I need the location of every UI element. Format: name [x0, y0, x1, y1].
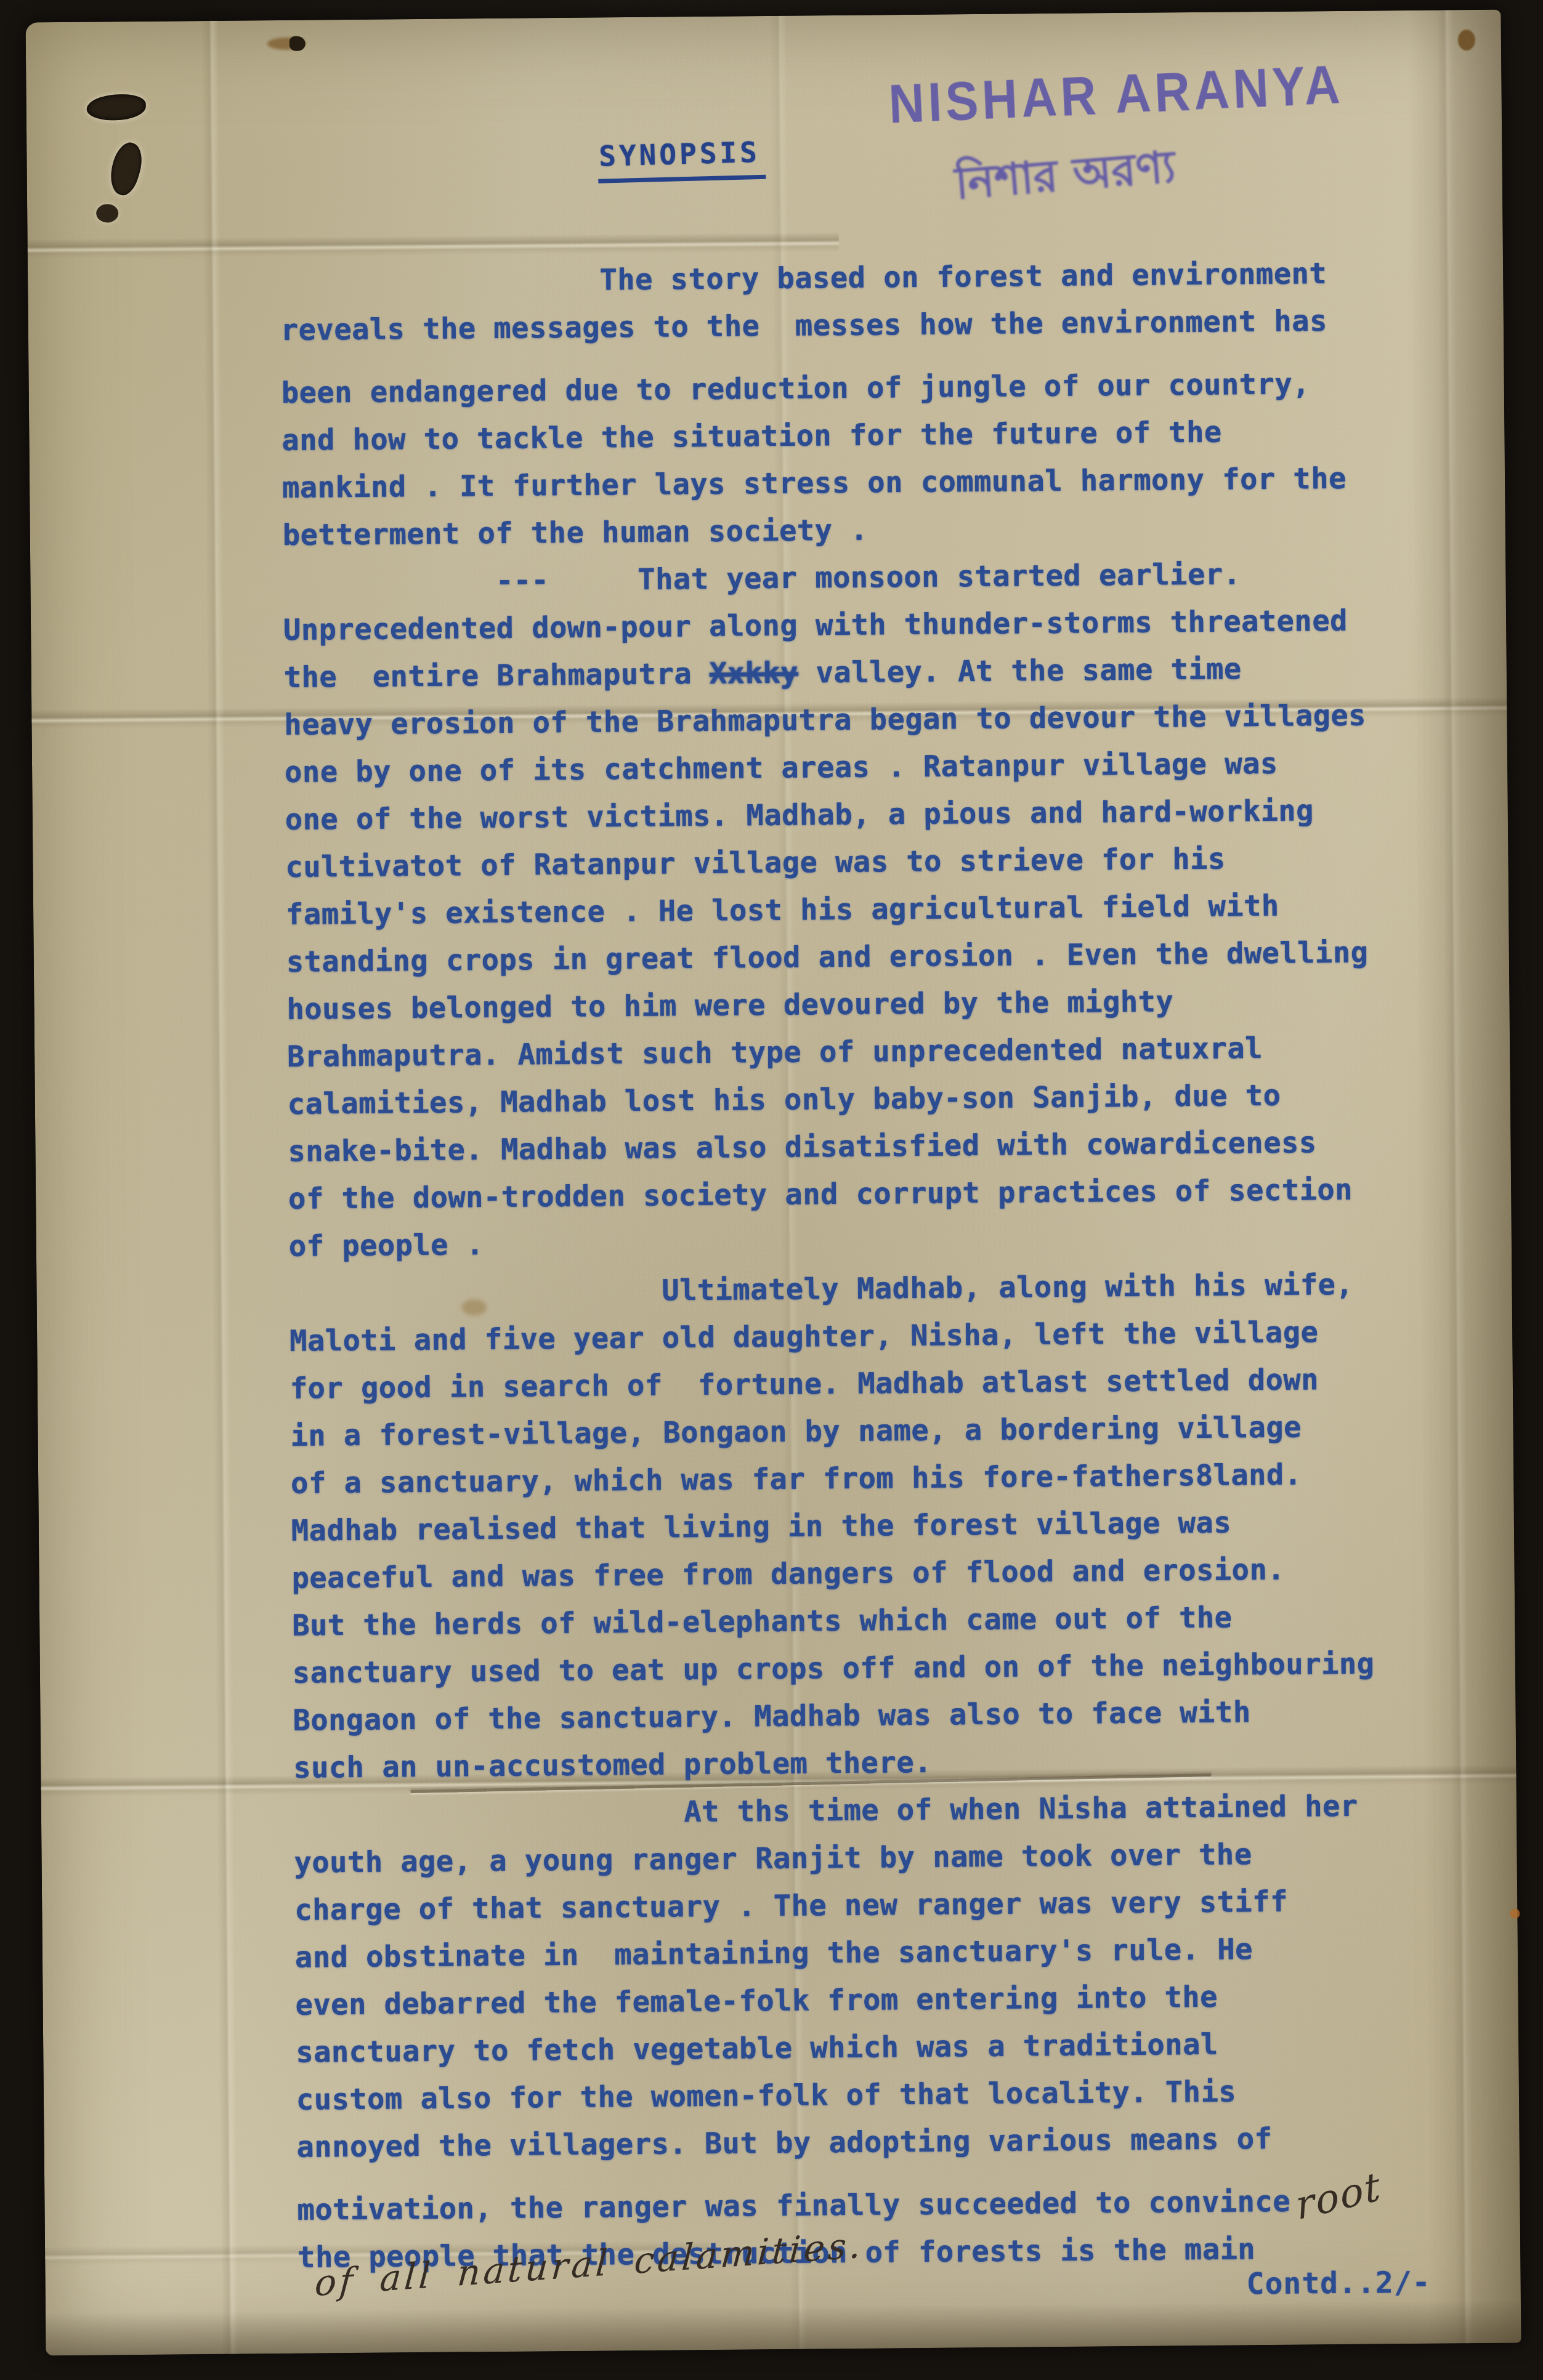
typed-line: Unprecedented down-pour along with thund… — [283, 597, 1442, 654]
typed-line: At ths time of when Nisha attained her — [294, 1781, 1452, 1839]
typed-line: charge of that sanctuary . The new range… — [294, 1876, 1453, 1934]
title-stamp-bengali: নিশার অরণ্য — [953, 133, 1178, 224]
typed-line: reveals the messages to the messes how t… — [281, 297, 1440, 354]
overstruck-word: Xxkky — [710, 656, 798, 691]
typed-line: peaceful and was free from dangers of fl… — [291, 1544, 1450, 1602]
typed-text: the entire Brahmaputra — [284, 657, 710, 695]
synopsis-heading: SYNOPSIS — [597, 135, 766, 184]
paper-sheet: NISHAR ARANYA নিশার অরণ্য SYNOPSIS The s… — [26, 10, 1521, 2356]
typed-line: of a sanctuary, which was far from his f… — [291, 1450, 1449, 1507]
continuation-mark: Contd..2/- — [1246, 2265, 1430, 2302]
typed-line: motivation, the ranger was finally succe… — [297, 2176, 1456, 2233]
typed-line: annoyed the villagers. But by adopting v… — [296, 2113, 1455, 2171]
paper-edge-shadow — [46, 2299, 1521, 2355]
typed-line: one of the worst victims. Madhab, a piou… — [285, 786, 1443, 843]
stain — [1458, 30, 1475, 50]
typed-text-block: The story based on forest and environmen… — [280, 249, 1456, 2281]
typed-line: sanctuary used to eat up crops off and o… — [293, 1639, 1451, 1696]
burn-hole — [87, 94, 146, 121]
typed-line: been endangered due to reduction of jung… — [281, 360, 1440, 417]
typed-line: of the down-trodden society and corrupt … — [288, 1165, 1447, 1222]
typed-line: mankind . It further lays stress on comm… — [282, 454, 1441, 512]
stain — [267, 38, 306, 50]
stain — [290, 36, 306, 51]
stain — [1510, 1908, 1520, 1918]
title-stamp: NISHAR ARANYA — [888, 52, 1345, 135]
fold-crease — [201, 21, 239, 2354]
typed-line: standing crops in great flood and erosio… — [286, 928, 1445, 985]
burn-hole — [105, 139, 148, 198]
scan-background: { "colors": { "ink": "#2c4c92", "stamp":… — [0, 0, 1543, 2380]
typed-text: valley. At the same time — [798, 652, 1242, 690]
burn-hole — [96, 204, 118, 222]
